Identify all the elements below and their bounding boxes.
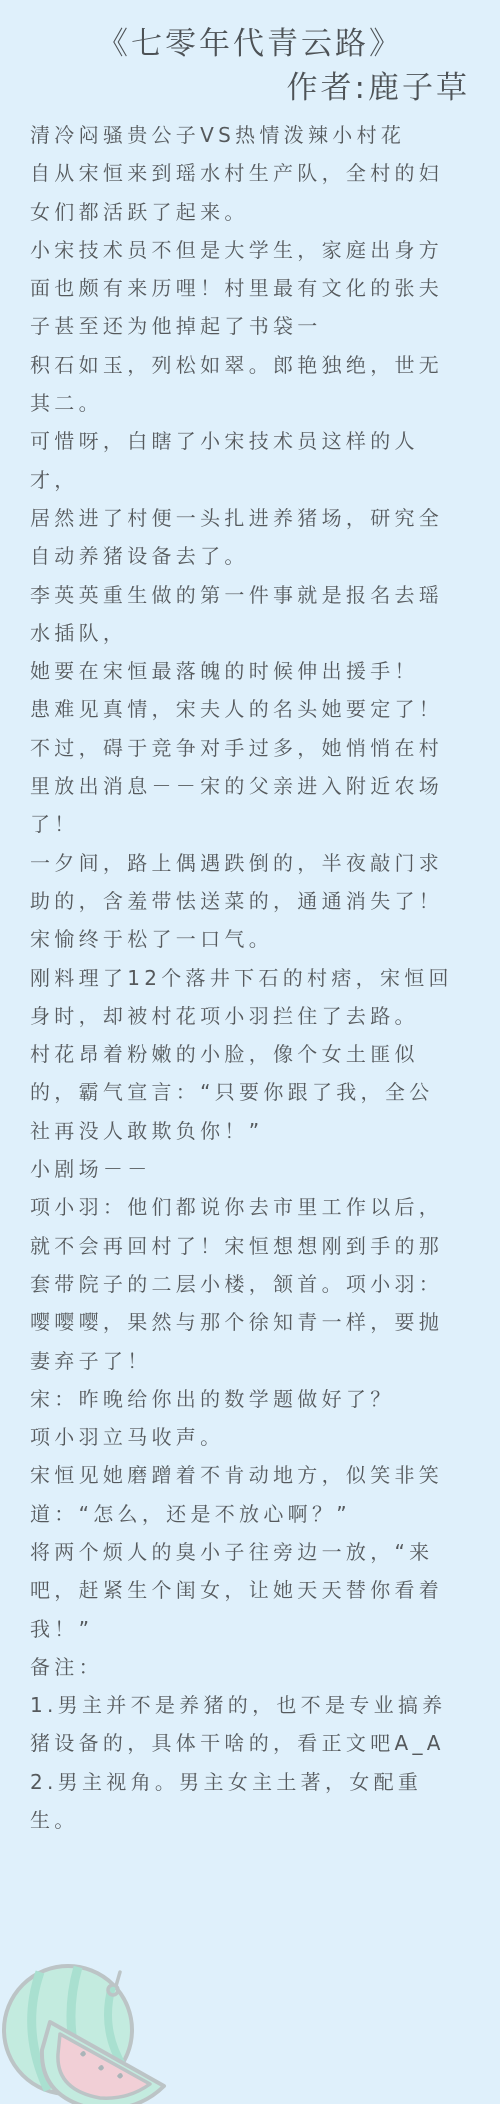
text-line: 面也颇有来历哩！村里最有文化的张夫	[30, 269, 470, 307]
author-line: 作者:鹿子草	[287, 62, 470, 107]
text-line: 不过，碍于竞争对手过多，她悄悄在村	[30, 729, 470, 767]
text-line: 宋：昨晚给你出的数学题做好了？	[30, 1380, 470, 1418]
text-line: 套带院子的二层小楼，颔首。项小羽：	[30, 1265, 470, 1303]
text-line: 社再没人敢欺负你！”	[30, 1112, 470, 1150]
text-line: 自从宋恒来到瑶水村生产队，全村的妇	[30, 154, 470, 192]
text-line: 积石如玉，列松如翠。郎艳独绝，世无	[30, 346, 470, 384]
synopsis-text: 清冷闷骚贵公子VS热情泼辣小村花 自从宋恒来到瑶水村生产队，全村的妇 女们都活跃…	[30, 116, 470, 1839]
watermelon-icon	[0, 1950, 170, 2104]
book-title: 《七零年代青云路》	[0, 18, 500, 63]
text-line: 一夕间，路上偶遇跌倒的，半夜敲门求	[30, 844, 470, 882]
text-line: 备注：	[30, 1648, 470, 1686]
text-line: 了！	[30, 805, 470, 843]
text-line: 自动养猪设备去了。	[30, 537, 470, 575]
text-line: 2.男主视角。男主女主土著，女配重	[30, 1763, 470, 1801]
text-line: 宋愉终于松了一口气。	[30, 920, 470, 958]
text-line: 的，霸气宣言：“只要你跟了我，全公	[30, 1073, 470, 1111]
text-line: 项小羽：他们都说你去市里工作以后，	[30, 1188, 470, 1226]
text-line: 妻弃子了！	[30, 1342, 470, 1380]
text-line: 刚料理了12个落井下石的村痞，宋恒回	[30, 959, 470, 997]
text-line: 1.男主并不是养猪的，也不是专业搞养	[30, 1686, 470, 1724]
text-line: 猪设备的，具体干啥的，看正文吧A_A	[30, 1724, 470, 1762]
text-line: 清冷闷骚贵公子VS热情泼辣小村花	[30, 116, 470, 154]
text-line: 宋恒见她磨蹭着不肯动地方，似笑非笑	[30, 1456, 470, 1494]
text-line: 嘤嘤嘤，果然与那个徐知青一样，要抛	[30, 1303, 470, 1341]
text-line: 助的，含羞带怯送菜的，通通消失了！	[30, 882, 470, 920]
text-line: 项小羽立马收声。	[30, 1418, 470, 1456]
text-line: 患难见真情，宋夫人的名头她要定了！	[30, 690, 470, 728]
text-line: 身时，却被村花项小羽拦住了去路。	[30, 997, 470, 1035]
text-line: 居然进了村便一头扎进养猪场，研究全	[30, 499, 470, 537]
text-line: 才，	[30, 461, 470, 499]
text-line: 她要在宋恒最落魄的时候伸出援手！	[30, 652, 470, 690]
text-line: 李英英重生做的第一件事就是报名去瑶	[30, 576, 470, 614]
text-line: 道：“怎么，还是不放心啊？”	[30, 1495, 470, 1533]
text-line: 水插队，	[30, 614, 470, 652]
text-line: 女们都活跃了起来。	[30, 193, 470, 231]
text-line: 其二。	[30, 384, 470, 422]
text-line: 吧，赶紧生个闺女，让她天天替你看着	[30, 1571, 470, 1609]
text-line: 里放出消息－－宋的父亲进入附近农场	[30, 767, 470, 805]
text-line: 就不会再回村了！宋恒想想刚到手的那	[30, 1227, 470, 1265]
text-line: 将两个烦人的臭小子往旁边一放，“来	[30, 1533, 470, 1571]
text-line: 子甚至还为他掉起了书袋一	[30, 307, 470, 345]
text-line: 生。	[30, 1801, 470, 1839]
text-line: 可惜呀，白瞎了小宋技术员这样的人	[30, 422, 470, 460]
text-line: 村花昂着粉嫩的小脸，像个女土匪似	[30, 1035, 470, 1073]
text-line: 小宋技术员不但是大学生，家庭出身方	[30, 231, 470, 269]
text-line: 小剧场－－	[30, 1150, 470, 1188]
text-line: 我！”	[30, 1610, 470, 1648]
